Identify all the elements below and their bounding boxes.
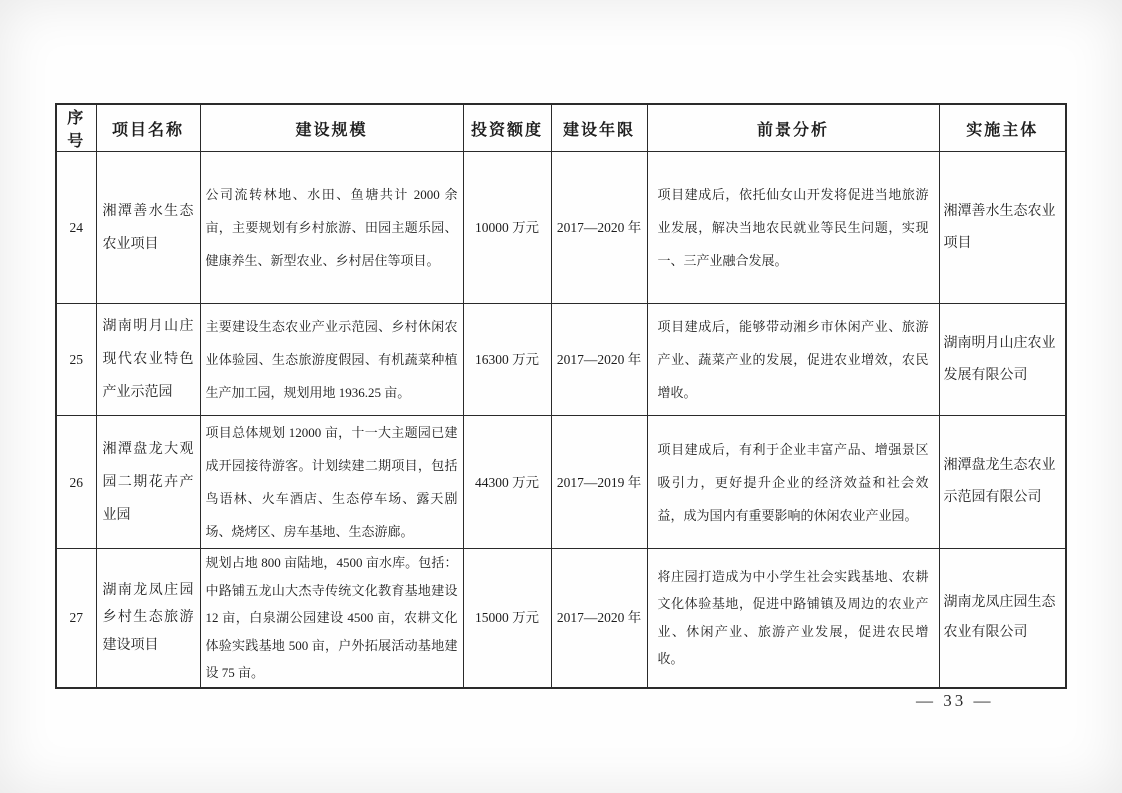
cell-investment: 44300 万元: [463, 416, 551, 549]
page-number: — 33 —: [916, 691, 994, 711]
cell-investment: 10000 万元: [463, 152, 551, 304]
table-row: 24 湘潭善水生态农业项目 公司流转林地、水田、鱼塘共计 2000 余亩，主要规…: [56, 152, 1066, 304]
cell-no: 27: [56, 549, 96, 688]
table-row: 25 湖南明月山庄现代农业特色产业示范园 主要建设生态农业产业示范园、乡村休闲农…: [56, 304, 1066, 416]
header-cell-years: 建设年限: [551, 104, 647, 152]
projects-table: 序号 项目名称 建设规模 投资额度 建设年限 前景分析 实施主体 24 湘潭善水…: [55, 103, 1067, 689]
header-cell-name: 项目名称: [96, 104, 200, 152]
document-page: 序号 项目名称 建设规模 投资额度 建设年限 前景分析 实施主体 24 湘潭善水…: [0, 0, 1122, 793]
cell-entity: 湖南龙凤庄园生态农业有限公司: [939, 549, 1066, 688]
cell-project-name: 湘潭善水生态农业项目: [96, 152, 200, 304]
cell-prospect: 将庄园打造成为中小学生社会实践基地、农耕文化体验基地，促进中路铺镇及周边的农业产…: [647, 549, 939, 688]
cell-project-name: 湘潭盘龙大观园二期花卉产业园: [96, 416, 200, 549]
cell-entity: 湘潭善水生态农业项目: [939, 152, 1066, 304]
cell-scale: 项目总体规划 12000 亩，十一大主题园已建成开园接待游客。计划续建二期项目，…: [200, 416, 463, 549]
header-cell-prospect: 前景分析: [647, 104, 939, 152]
header-cell-investment: 投资额度: [463, 104, 551, 152]
cell-entity: 湘潭盘龙生态农业示范园有限公司: [939, 416, 1066, 549]
cell-no: 26: [56, 416, 96, 549]
cell-project-name: 湖南明月山庄现代农业特色产业示范园: [96, 304, 200, 416]
cell-years: 2017—2020 年: [551, 152, 647, 304]
cell-prospect: 项目建成后，依托仙女山开发将促进当地旅游业发展，解决当地农民就业等民生问题，实现…: [647, 152, 939, 304]
table-header-row: 序号 项目名称 建设规模 投资额度 建设年限 前景分析 实施主体: [56, 104, 1066, 152]
cell-scale: 主要建设生态农业产业示范园、乡村休闲农业体验园、生态旅游度假园、有机蔬菜种植生产…: [200, 304, 463, 416]
cell-years: 2017—2020 年: [551, 549, 647, 688]
cell-no: 24: [56, 152, 96, 304]
cell-investment: 16300 万元: [463, 304, 551, 416]
cell-prospect: 项目建成后，有利于企业丰富产品、增强景区吸引力，更好提升企业的经济效益和社会效益…: [647, 416, 939, 549]
header-cell-scale: 建设规模: [200, 104, 463, 152]
cell-prospect: 项目建成后，能够带动湘乡市休闲产业、旅游产业、蔬菜产业的发展，促进农业增效，农民…: [647, 304, 939, 416]
cell-years: 2017—2020 年: [551, 304, 647, 416]
cell-scale: 规划占地 800 亩陆地，4500 亩水库。包括：中路铺五龙山大杰寺传统文化教育…: [200, 549, 463, 688]
cell-investment: 15000 万元: [463, 549, 551, 688]
cell-scale: 公司流转林地、水田、鱼塘共计 2000 余亩，主要规划有乡村旅游、田园主题乐园、…: [200, 152, 463, 304]
header-cell-entity: 实施主体: [939, 104, 1066, 152]
header-cell-no: 序号: [56, 104, 96, 152]
table-row: 27 湖南龙凤庄园乡村生态旅游建设项目 规划占地 800 亩陆地，4500 亩水…: [56, 549, 1066, 688]
table-row: 26 湘潭盘龙大观园二期花卉产业园 项目总体规划 12000 亩，十一大主题园已…: [56, 416, 1066, 549]
cell-no: 25: [56, 304, 96, 416]
cell-project-name: 湖南龙凤庄园乡村生态旅游建设项目: [96, 549, 200, 688]
cell-years: 2017—2019 年: [551, 416, 647, 549]
cell-entity: 湖南明月山庄农业发展有限公司: [939, 304, 1066, 416]
